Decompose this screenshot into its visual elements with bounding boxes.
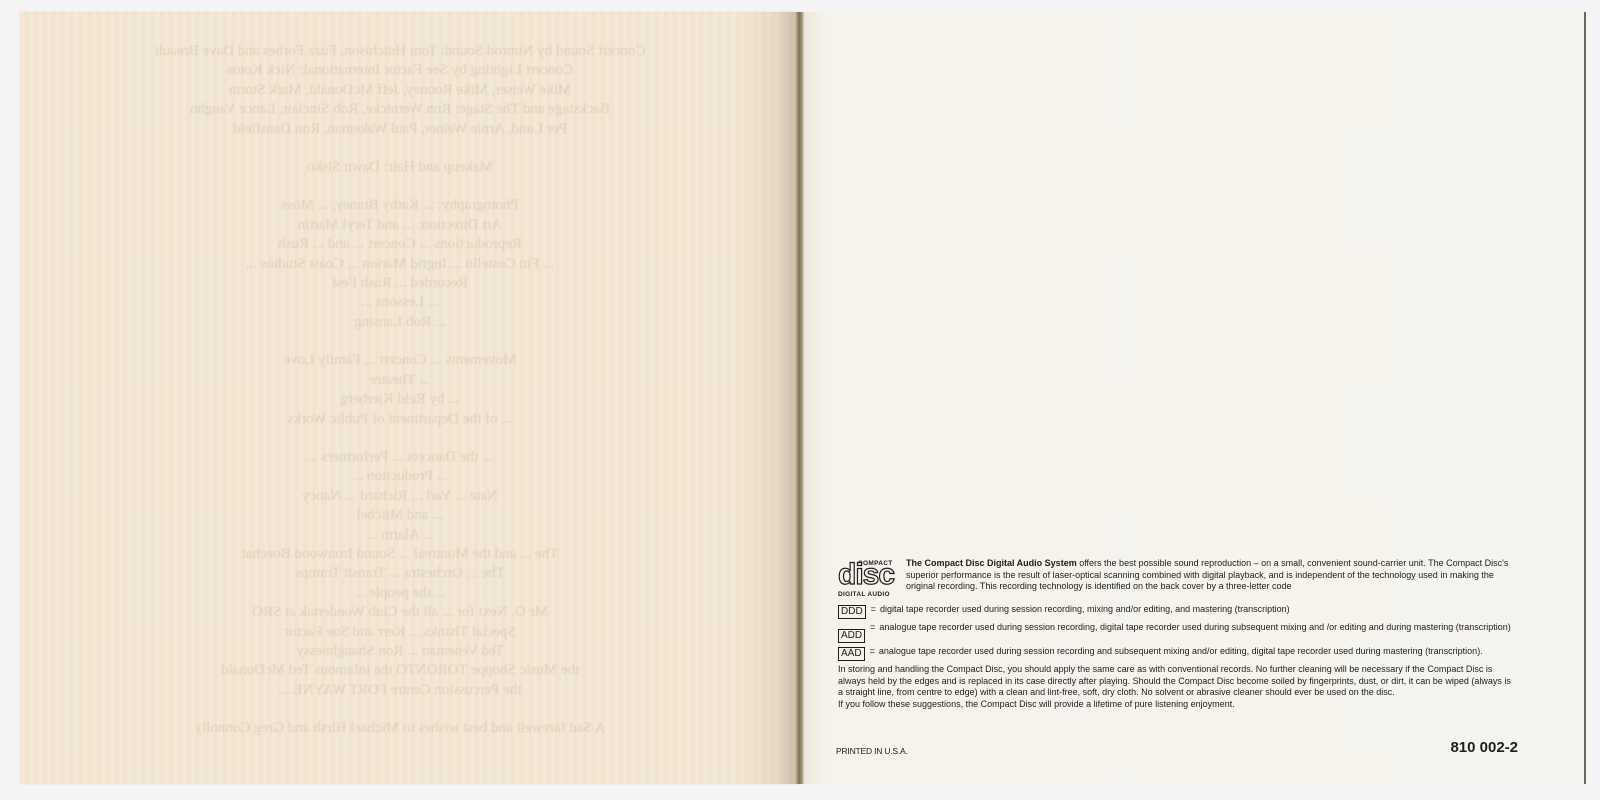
bleed-through-line: Movements ... Concert ... Family Love [20, 351, 780, 370]
compact-disc-info: COMPACT disc DIGITAL AUDIO The Compact D… [838, 558, 1518, 710]
logo-disc-label: disc [838, 562, 894, 588]
intro-text: The Compact Disc Digital Audio System of… [906, 558, 1518, 593]
bleed-through-line: ... Alarm ... [20, 526, 780, 545]
bleed-through-line: Recorded ... Rush Fest [20, 274, 780, 293]
right-page: COMPACT disc DIGITAL AUDIO The Compact D… [804, 12, 1586, 784]
equals-sign: = [870, 622, 875, 634]
bleed-through-line: ... Lessons ... [20, 293, 780, 312]
bleed-through-line: ... by Reid Kjerberg [20, 390, 780, 409]
bleed-through-line: Mike Weiser, Mike Rooney, Jeff McDonald,… [20, 81, 780, 100]
bleed-through-line: Nate ... Yarl ... Richard ... Nancy [20, 487, 780, 506]
bleed-through-line: ... Fin Costello ... Ingrid Marion ... C… [20, 255, 780, 274]
bleed-through-line: the Percussion Centre FORT WAYNE ... [20, 681, 780, 700]
bleed-through-line: ... and Mitchel [20, 506, 780, 525]
catalog-number: 810 002-2 [1450, 739, 1518, 756]
bleed-through-line: The ... and the Montreal ... Sound Ironw… [20, 545, 780, 564]
bleed-through-line [20, 332, 780, 351]
bleed-through-line: the Music Shoppe TORONTO the infamous Te… [20, 661, 780, 680]
bleed-through-line: ... the Dancers ... Performers ... [20, 448, 780, 467]
code-description: analogue tape recorder used during sessi… [879, 622, 1518, 634]
intro-section: COMPACT disc DIGITAL AUDIO The Compact D… [838, 558, 1518, 598]
bleed-through-line: Concert Sound by Nimrod Sound: Tom Hutch… [20, 42, 780, 61]
closing-line: If you follow these suggestions, the Com… [838, 699, 1518, 711]
printed-in-label: PRINTED IN U.S.A. [836, 746, 908, 756]
bleed-through-line: Per Lund, Arnie Weiner, Paul Wakeman, Ro… [20, 120, 780, 139]
bleed-through-line: Makeup and Hair: Dawn Sisko [20, 158, 780, 177]
code-badge: ADD [838, 629, 865, 643]
bleed-through-line [20, 177, 780, 196]
handling-instructions: In storing and handling the Compact Disc… [838, 664, 1518, 710]
bleed-through-line: ... Production ... [20, 467, 780, 486]
equals-sign: = [870, 646, 875, 658]
bleed-through-line: Art Direction: ... and Teryl Martin [20, 216, 780, 235]
code-row-add: ADD = analogue tape recorder used during… [838, 622, 1518, 643]
code-description: analogue tape recorder used during sessi… [879, 646, 1518, 658]
booklet-spine [796, 12, 804, 784]
equals-sign: = [871, 604, 876, 616]
bleed-through-line: Special Thanks ... Kerr and Sue Factor [20, 623, 780, 642]
code-row-ddd: DDD = digital tape recorder used during … [838, 604, 1518, 619]
bleed-through-line: ... the people ... [20, 584, 780, 603]
handling-paragraph: In storing and handling the Compact Disc… [838, 664, 1518, 699]
bleed-through-line: Photography: ... Kathy Binney, ... Moss [20, 196, 780, 215]
code-badge: DDD [838, 605, 866, 619]
bleed-through-line: Mr O. Next for ... all the Club Wonderta… [20, 603, 780, 622]
bleed-through-line: A Sad farewell and best wishes to Michae… [20, 719, 780, 738]
bleed-through-line: ... of the Department of Public Works [20, 410, 780, 429]
recording-codes: DDD = digital tape recorder used during … [838, 604, 1518, 661]
code-row-aad: AAD = analogue tape recorder used during… [838, 646, 1518, 661]
bleed-through-line: The ... Orchestra ... Transit Tramps [20, 564, 780, 583]
bleed-through-line [20, 429, 780, 448]
bleed-through-line: ... Rob Lansing [20, 313, 780, 332]
bleed-through-credits: Concert Sound by Nimrod Sound: Tom Hutch… [20, 42, 780, 739]
bleed-through-line: Concert Lighting by See Factor Internati… [20, 61, 780, 80]
bleed-through-line [20, 700, 780, 719]
compact-disc-logo-icon: COMPACT disc DIGITAL AUDIO [838, 558, 902, 598]
logo-digital-audio-label: DIGITAL AUDIO [838, 589, 890, 601]
bleed-through-line: ... Theatre [20, 371, 780, 390]
code-description: digital tape recorder used during sessio… [880, 604, 1518, 616]
code-badge: AAD [838, 647, 865, 661]
bleed-through-line: Reproductions ... Concert ... and ... Ru… [20, 235, 780, 254]
bleed-through-line: Ted Veneman ... Ron Shaughnessy [20, 642, 780, 661]
bleed-through-line [20, 139, 780, 158]
intro-title: The Compact Disc Digital Audio System [906, 558, 1077, 568]
left-page: Concert Sound by Nimrod Sound: Tom Hutch… [20, 12, 800, 784]
bleed-through-line: Backstage and The Stage: Ron Wernicke, R… [20, 100, 780, 119]
